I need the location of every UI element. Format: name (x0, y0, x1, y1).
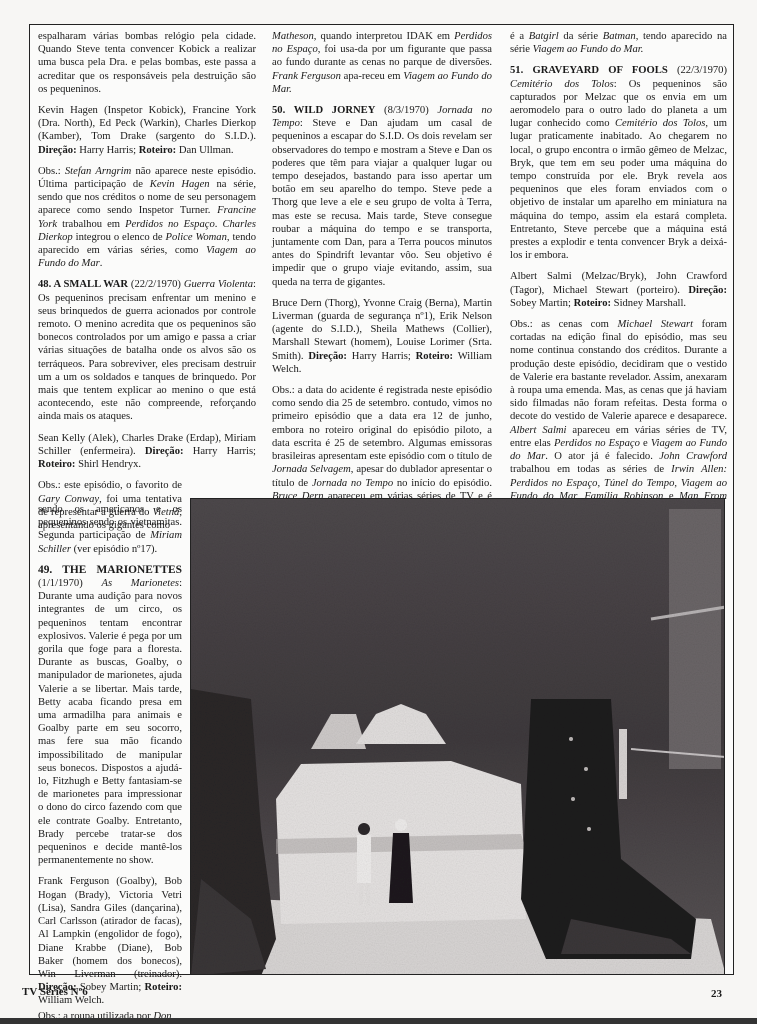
episode-49-title: 49. THE MARIONETTES (38, 564, 182, 576)
text-run: Batgirl (529, 31, 559, 42)
text-run: John Crawford (659, 451, 727, 462)
episode-51-cast: Albert Salmi (Melzac/Bryk), John Crawfor… (510, 270, 727, 310)
text-run: é a (510, 31, 529, 42)
episode-50-notes-cont: é a Batgirl da série Batman, tendo apare… (510, 30, 727, 56)
text-run: no início do episódio. (393, 478, 492, 489)
text-run: Stefan Arngrim (65, 166, 131, 177)
column-3: é a Batgirl da série Batman, tendo apare… (510, 30, 727, 524)
text-run: Direção: (308, 351, 347, 362)
episode-still-photo (190, 498, 725, 975)
text-run: Cemitério dos Tolos (615, 118, 705, 129)
bottom-edge (0, 1018, 757, 1024)
text-run: , um lugar praticamente inabitado. Ao ch… (510, 118, 727, 261)
episode-51-notes: Obs.: as cenas com Michael Stewart foram… (510, 318, 727, 516)
text-run: Direção: (38, 145, 77, 156)
text-run: Roteiro: (38, 459, 75, 470)
text-run: (8/3/1970) (375, 105, 437, 116)
text-run: Jornada Selvagem (272, 464, 351, 475)
text-run: Guerra Violenta (184, 279, 253, 290)
text-run: integrou o elenco de (73, 232, 166, 243)
text-run: Sobey Martin; (510, 298, 574, 309)
text-run: Harry Harris; (347, 351, 416, 362)
episode-50-synopsis: 50. WILD JORNEY (8/3/1970) Jornada no Te… (272, 104, 492, 289)
text-run: Roteiro: (574, 298, 611, 309)
text-run: Harry Harris; (77, 145, 139, 156)
text-run: , quando interpretou IDAK em (314, 31, 454, 42)
text-run: Direção: (688, 285, 727, 296)
text-run: Albert Salmi (510, 425, 567, 436)
text-run: da série (559, 31, 603, 42)
page-number: 23 (711, 988, 722, 1000)
episode-48-synopsis: 48. A SMALL WAR (22/2/1970) Guerra Viole… (38, 278, 256, 423)
episode-47-notes: Obs.: Stefan Arngrim não aparece neste e… (38, 165, 256, 271)
text-run: trabalhou em (57, 219, 125, 230)
column-1-narrow: sendo os americanos e os pequeninos send… (38, 503, 182, 1024)
text-run: Harry Harris; (184, 446, 256, 457)
episode-51-title: 51. GRAVEYARD OF FOOLS (510, 65, 668, 76)
episode-47-cast: Kevin Hagen (Inspetor Kobick), Francine … (38, 104, 256, 157)
text-run: Obs.: este episódio, o favorito de (38, 480, 182, 491)
text-run: Kevin Hagen (Inspetor Kobick), Francine … (38, 105, 256, 142)
text-run: apa-receu em (341, 71, 403, 82)
text-run: Roteiro: (139, 145, 176, 156)
text-run: Roteiro: (416, 351, 453, 362)
text-run: Frank Ferguson (272, 71, 341, 82)
text-run: Michael Stewart (617, 319, 693, 330)
text-run: . O ator já é falecido. (545, 451, 659, 462)
text-run: Direção: (145, 446, 184, 457)
text-run: : Os pequeninos precisam enfrentar um me… (38, 279, 256, 422)
text-run: Viagem ao Fundo do Mar. (533, 44, 644, 55)
text-run: (22/3/1970) (668, 65, 727, 76)
text-run: As Marionetes (101, 578, 179, 589)
text-run: Obs.: a data do acidente é registrada ne… (272, 385, 492, 462)
text-run: (22/2/1970) (128, 279, 184, 290)
text-run: Matheson (272, 31, 314, 42)
column-2: Matheson, quando interpretou IDAK em Per… (272, 30, 492, 537)
episode-48-cast: Sean Kelly (Alek), Charles Drake (Erdap)… (38, 432, 256, 472)
text-run: Perdidos no Espaço (125, 219, 215, 230)
text-run: Dan Ullman. (176, 145, 233, 156)
text-run: Perdidos no Espaço (554, 438, 640, 449)
text-run: Cemitério dos Tolos (510, 79, 614, 90)
photo-illustration (191, 499, 725, 975)
episode-50-cast: Bruce Dern (Thorg), Yvonne Craig (Berna)… (272, 297, 492, 376)
magazine-footer-title: TV Séries Nº6 (22, 986, 88, 998)
text-run: foram cortadas na edição final do episód… (510, 319, 727, 422)
text-run: Frank Ferguson (Goalby), Bob Hogan (Brad… (38, 876, 182, 979)
text-run: Roteiro: (145, 982, 182, 993)
text-run: (1/1/1970) (38, 578, 101, 589)
text-run: Jornada no Tempo (312, 478, 393, 489)
column-1: espalharam várias bombas relógio pela ci… (38, 30, 256, 532)
episode-51-synopsis: 51. GRAVEYARD OF FOOLS (22/3/1970) Cemit… (510, 64, 727, 262)
text-run: : Durante uma audição para novos integra… (38, 578, 182, 866)
episode-47-synopsis-end: espalharam várias bombas relógio pela ci… (38, 30, 256, 96)
text-run: (ver episódio nº17). (71, 544, 157, 555)
episode-48-title: 48. A SMALL WAR (38, 279, 128, 290)
text-run: . (100, 258, 103, 269)
text-run: : Steve e Dan ajudam um casal de pequeni… (272, 118, 492, 287)
text-run: Shirl Hendryx. (75, 459, 141, 470)
text-run: Sidney Marshall. (611, 298, 686, 309)
text-run: Police Woman (166, 232, 227, 243)
episode-49-notes-cont: Matheson, quando interpretou IDAK em Per… (272, 30, 492, 96)
text-run: Batman (603, 31, 636, 42)
text-run: espalharam várias bombas relógio pela ci… (38, 31, 256, 95)
episode-48-notes-cont: sendo os americanos e os pequeninos send… (38, 503, 182, 556)
episode-50-title: 50. WILD JORNEY (272, 105, 375, 116)
text-run: Obs.: (38, 166, 65, 177)
text-run: trabalhou em todas as séries de (510, 464, 671, 475)
text-run: e (640, 438, 651, 449)
text-run: Obs.: as cenas com (510, 319, 617, 330)
episode-49-synopsis: 49. THE MARIONETTES (1/1/1970) As Marion… (38, 564, 182, 868)
text-run: Kevin Hagen (150, 179, 210, 190)
